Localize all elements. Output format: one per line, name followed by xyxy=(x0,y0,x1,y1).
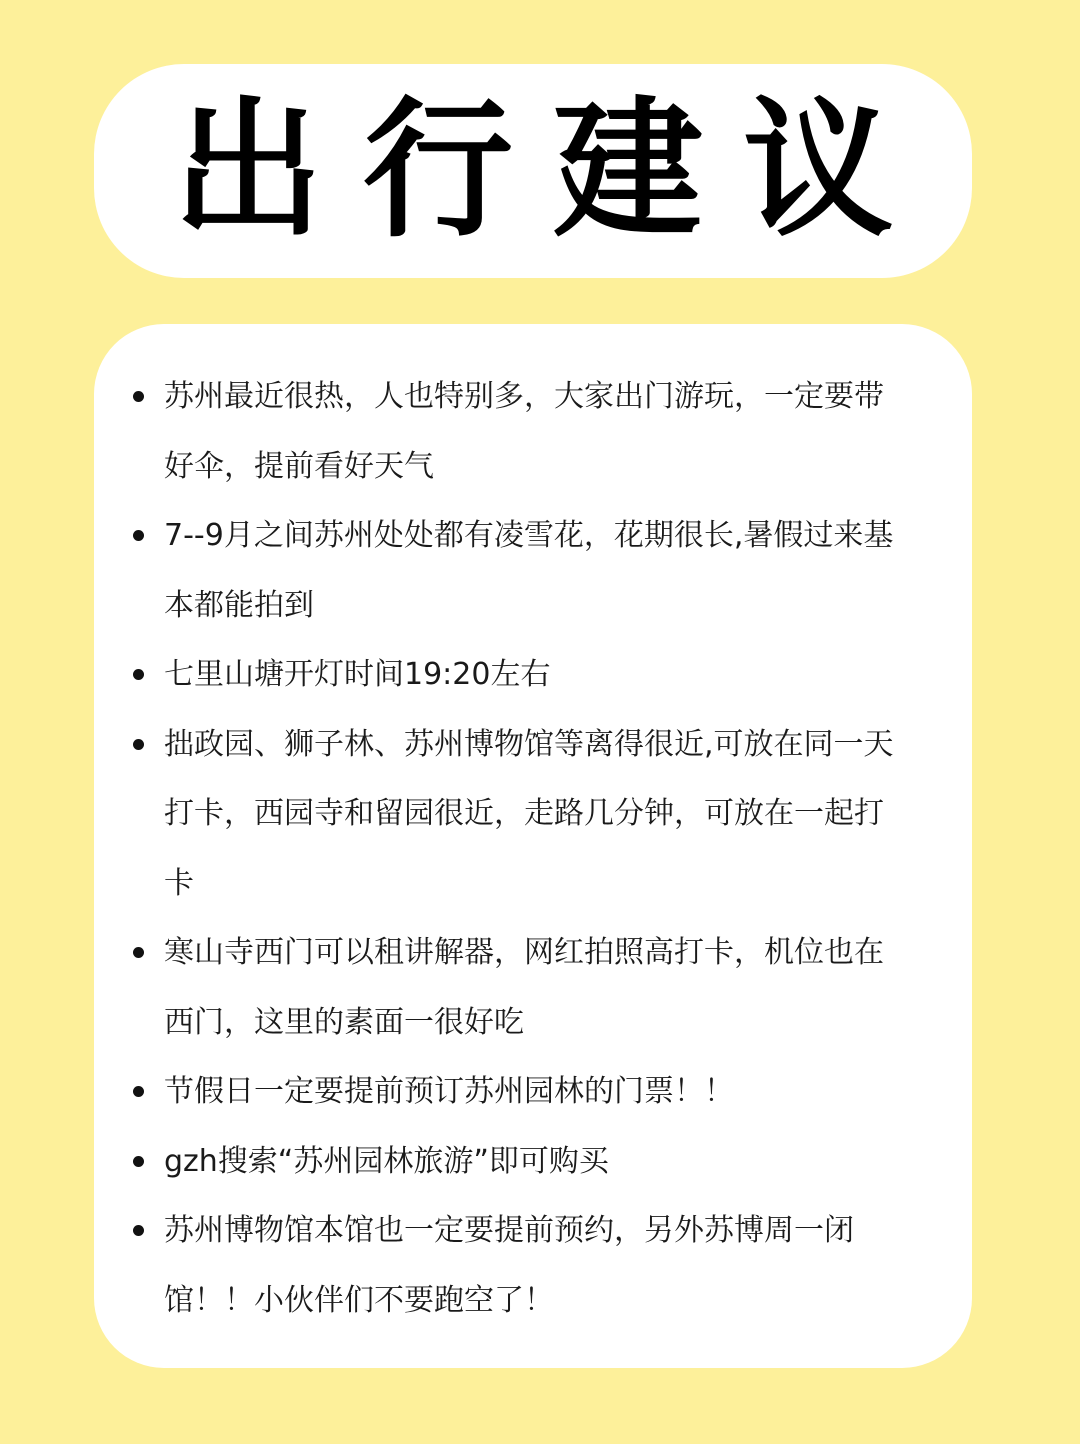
tip-text: 七里山塘开灯时间19:20左右 xyxy=(164,657,550,692)
bullet-icon xyxy=(133,391,144,402)
tip-text: 7--9月之间苏州处处都有凌雪花，花期很长,暑假过来基本都能拍到 xyxy=(164,518,893,623)
tip-text: 节假日一定要提前预订苏州园林的门票！！ xyxy=(164,1074,734,1109)
list-item: 七里山塘开灯时间19:20左右 xyxy=(164,640,904,710)
tip-text: 拙政园、狮子林、苏州博物馆等离得很近,可放在同一天打卡，西园寺和留园很近，走路几… xyxy=(164,727,894,901)
list-item: 寒山寺西门可以租讲解器，网红拍照高打卡，机位也在西门，这里的素面一很好吃 xyxy=(164,918,904,1057)
page-title: 出行建议 xyxy=(173,96,933,246)
bullet-icon xyxy=(133,530,144,541)
tip-text: gzh搜索“苏州园林旅游”即可购买 xyxy=(164,1144,609,1179)
bullet-icon xyxy=(133,1225,144,1236)
bullet-icon xyxy=(133,1086,144,1097)
title-card: 出行建议 xyxy=(94,64,972,278)
bullet-icon xyxy=(133,739,144,750)
list-item: gzh搜索“苏州园林旅游”即可购买 xyxy=(164,1127,904,1197)
tip-text: 苏州博物馆本馆也一定要提前预约，另外苏博周一闭馆！！小伙伴们不要跑空了！ xyxy=(164,1213,854,1318)
list-item: 苏州博物馆本馆也一定要提前预约，另外苏博周一闭馆！！小伙伴们不要跑空了！ xyxy=(164,1196,904,1335)
bullet-icon xyxy=(133,947,144,958)
list-item: 节假日一定要提前预订苏州园林的门票！！ xyxy=(164,1057,904,1127)
bullet-icon xyxy=(133,1156,144,1167)
tip-text: 寒山寺西门可以租讲解器，网红拍照高打卡，机位也在西门，这里的素面一很好吃 xyxy=(164,935,884,1040)
list-item: 苏州最近很热，人也特别多，大家出门游玩，一定要带好伞，提前看好天气 xyxy=(164,362,904,501)
list-item: 7--9月之间苏州处处都有凌雪花，花期很长,暑假过来基本都能拍到 xyxy=(164,501,904,640)
tips-list: 苏州最近很热，人也特别多，大家出门游玩，一定要带好伞，提前看好天气 7--9月之… xyxy=(164,362,904,1335)
tips-card: 苏州最近很热，人也特别多，大家出门游玩，一定要带好伞，提前看好天气 7--9月之… xyxy=(94,324,972,1368)
bullet-icon xyxy=(133,669,144,680)
tip-text: 苏州最近很热，人也特别多，大家出门游玩，一定要带好伞，提前看好天气 xyxy=(164,379,884,484)
list-item: 拙政园、狮子林、苏州博物馆等离得很近,可放在同一天打卡，西园寺和留园很近，走路几… xyxy=(164,710,904,919)
